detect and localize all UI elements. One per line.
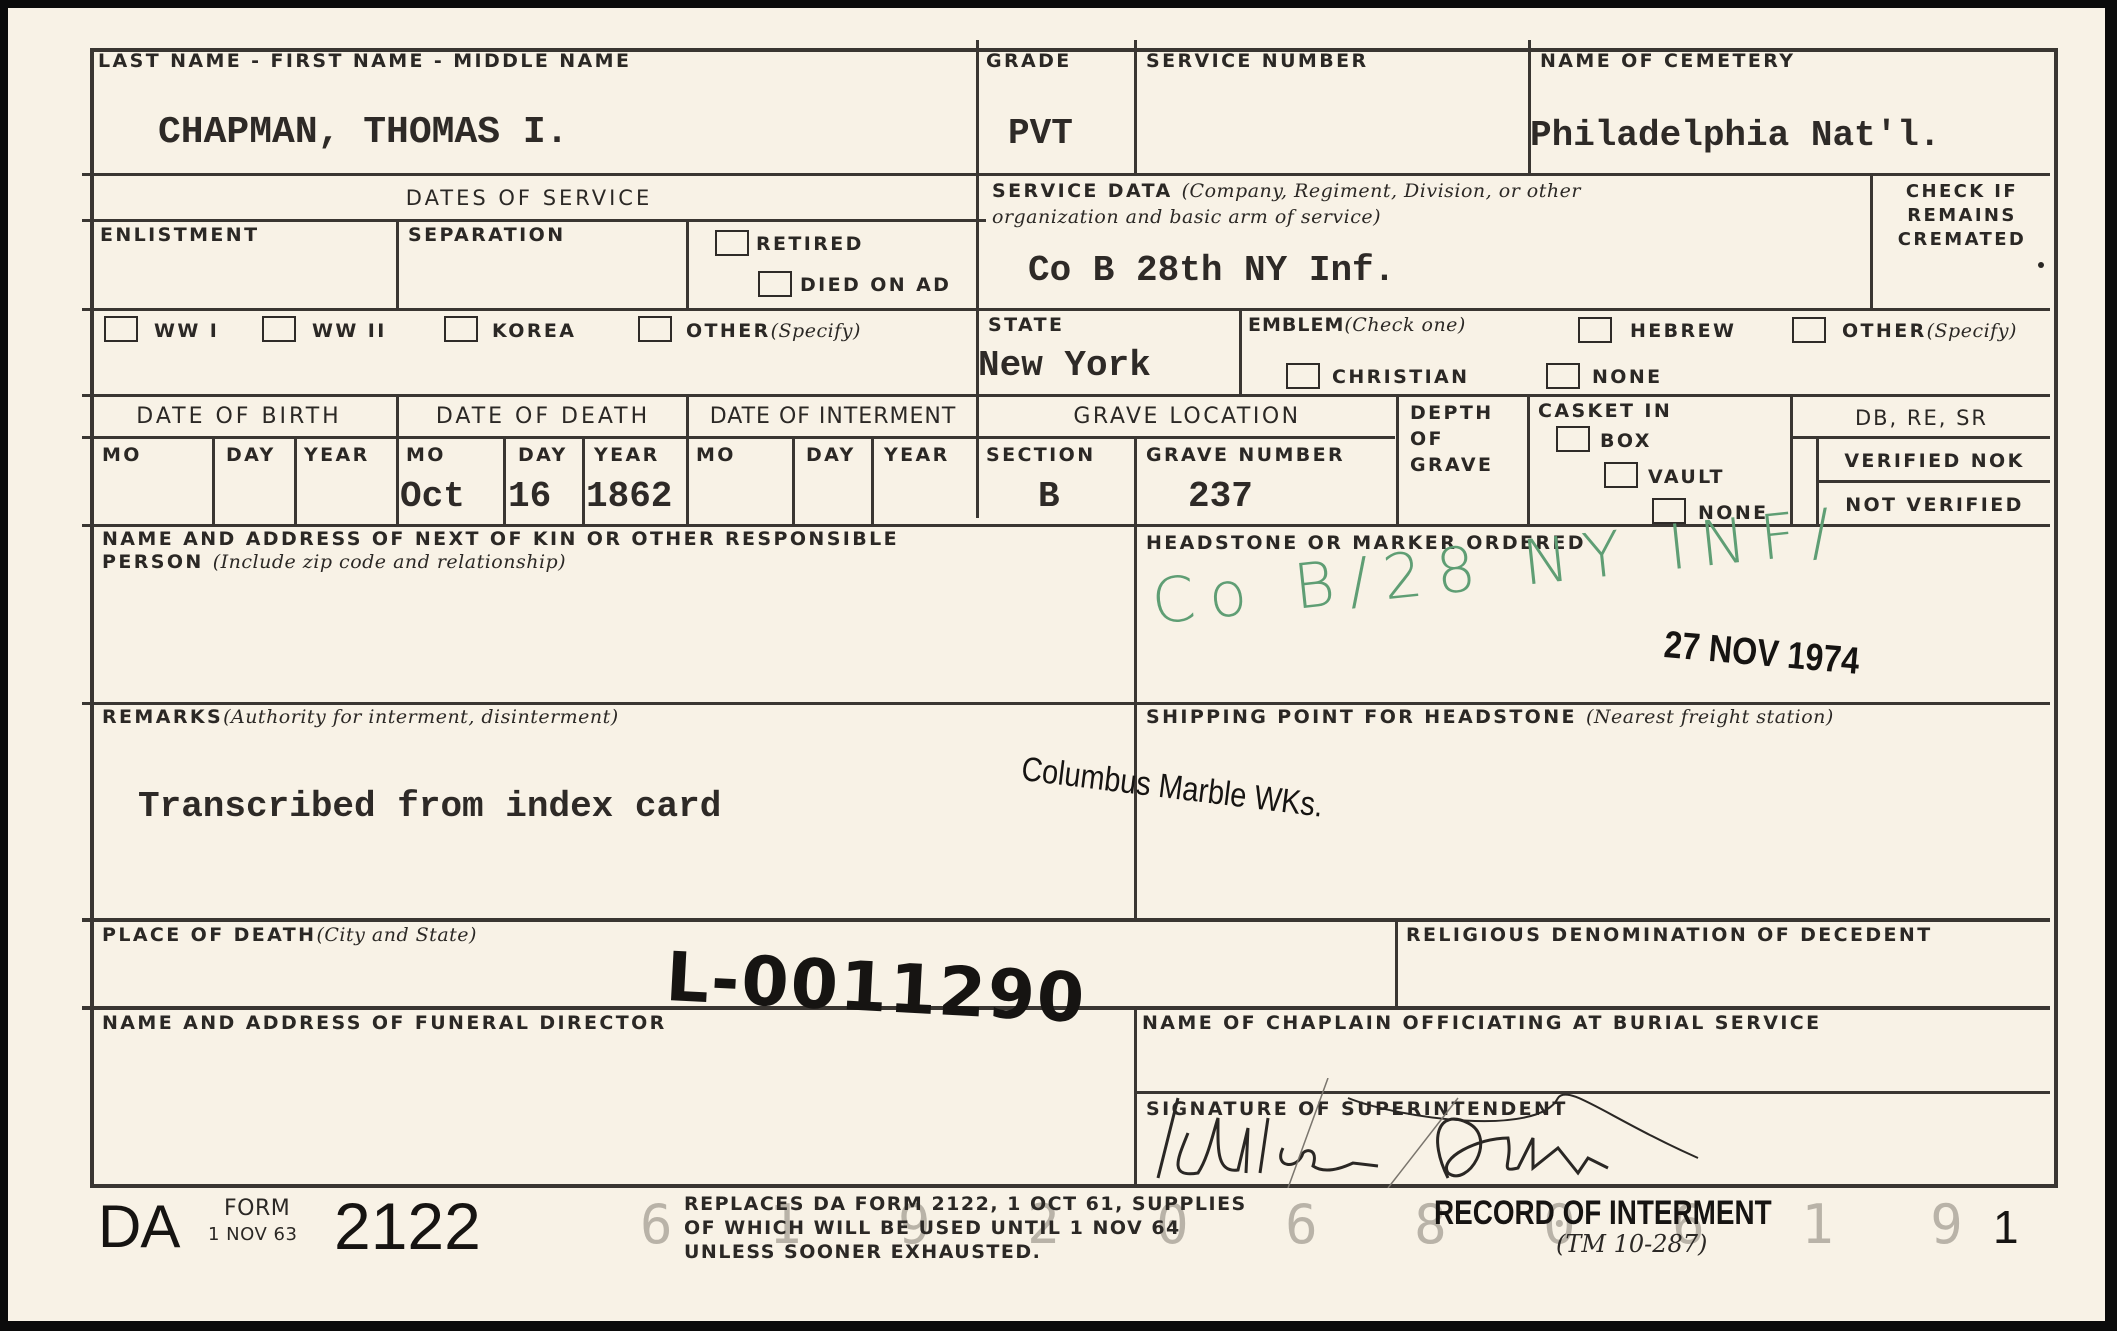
divider [1816, 480, 2050, 483]
db-re-sr-label: DB, RE, SR [1793, 406, 2050, 430]
korea-checkbox[interactable] [444, 316, 478, 342]
divider [82, 308, 2050, 311]
ww1-checkbox[interactable] [104, 316, 138, 342]
emblem-christian-label: CHRISTIAN [1332, 366, 1469, 388]
casket-vault-checkbox[interactable] [1604, 462, 1638, 488]
divider [294, 436, 297, 527]
service-number-label: SERVICE NUMBER [1146, 50, 1369, 72]
not-verified-label: NOT VERIFIED [1819, 494, 2050, 516]
verified-nok-label: VERIFIED NOK [1819, 450, 2050, 472]
divider [1790, 436, 2050, 439]
dates-of-service-label: DATES OF SERVICE [82, 186, 976, 210]
divider [792, 436, 795, 527]
divider [82, 436, 1395, 439]
interment-year-label: YEAR [884, 444, 950, 466]
remarks-label: REMARKS(Authority for interment, disinte… [102, 706, 619, 728]
form-number: 2122 [334, 1188, 481, 1264]
korea-label: KOREA [492, 320, 576, 342]
form-date: 1 NOV 63 [208, 1224, 297, 1245]
divider [82, 702, 2050, 705]
form-title: RECORD OF INTERMENT [1434, 1194, 1772, 1233]
divider [1527, 394, 1530, 527]
divider [1395, 918, 1398, 1008]
date-of-interment-label: DATE OF INTERMENT [688, 404, 978, 429]
other-war-label: OTHER(Specify) [686, 320, 861, 342]
other-war-checkbox[interactable] [638, 316, 672, 342]
emblem-none-label: NONE [1592, 366, 1663, 388]
cremated-checkbox[interactable] [2038, 262, 2044, 268]
section-field[interactable]: B [1038, 476, 1060, 517]
divider [582, 436, 585, 527]
death-year-label: YEAR [594, 444, 660, 466]
divider [396, 219, 399, 311]
place-of-death-label: PLACE OF DEATH(City and State) [102, 924, 477, 946]
remarks-field[interactable]: Transcribed from index card [138, 786, 721, 827]
casket-vault-label: VAULT [1648, 466, 1725, 488]
death-day-label: DAY [518, 444, 568, 466]
service-data-label: SERVICE DATA (Company, Regiment, Divisio… [992, 180, 1581, 202]
emblem-hebrew-checkbox[interactable] [1578, 317, 1612, 343]
divider [212, 436, 215, 527]
emblem-none-checkbox[interactable] [1546, 363, 1580, 389]
cemetery-field[interactable]: Philadelphia Nat'l. [1530, 115, 1940, 156]
interment-day-label: DAY [806, 444, 856, 466]
divider [1870, 173, 1873, 311]
divider [82, 173, 2050, 176]
divider [82, 219, 986, 222]
service-data-hint: organization and basic arm of service) [992, 206, 1381, 228]
date-of-death-label: DATE OF DEATH [398, 404, 688, 429]
casket-box-label: BOX [1600, 430, 1652, 452]
form-subtitle: (TM 10-287) [1556, 1230, 1707, 1258]
divider [503, 436, 506, 527]
divider [1396, 394, 1399, 527]
name-field[interactable]: CHAPMAN, THOMAS I. [158, 111, 568, 154]
religion-label: RELIGIOUS DENOMINATION OF DECEDENT [1406, 924, 1933, 946]
state-field[interactable]: New York [978, 345, 1151, 386]
death-mo-label: MO [406, 444, 446, 466]
enlistment-label: ENLISTMENT [100, 224, 259, 246]
interment-mo-label: MO [696, 444, 736, 466]
divider [1239, 308, 1242, 397]
page-number: 1 [1993, 1200, 2019, 1254]
grave-location-label: GRAVE LOCATION [978, 404, 1396, 429]
record-of-interment-card: 6 1 9 2 0 6 8 0 6 1 9 LAST NAME - FIRST … [8, 8, 2105, 1321]
depth-of-grave-label: DEPTHOFGRAVE [1410, 400, 1494, 478]
divider [686, 219, 689, 311]
divider [1134, 40, 1137, 176]
chaplain-label: NAME OF CHAPLAIN OFFICIATING AT BURIAL S… [1142, 1012, 1822, 1034]
form-label: FORM [224, 1196, 290, 1221]
divider [1134, 436, 1137, 527]
birth-mo-label: MO [102, 444, 142, 466]
next-of-kin-label: NAME AND ADDRESS OF NEXT OF KIN OR OTHER… [102, 528, 899, 550]
cremated-label: CHECK IFREMAINSCREMATED [1874, 180, 2050, 252]
ww2-checkbox[interactable] [262, 316, 296, 342]
grade-field[interactable]: PVT [1008, 113, 1073, 154]
emblem-label: EMBLEM(Check one) [1248, 314, 1466, 336]
birth-day-label: DAY [226, 444, 276, 466]
shipping-label: SHIPPING POINT FOR HEADSTONE (Nearest fr… [1146, 706, 1834, 728]
death-day-field[interactable]: 16 [508, 476, 551, 517]
death-mo-field[interactable]: Oct [400, 476, 465, 517]
separation-label: SEPARATION [408, 224, 566, 246]
died-on-ad-label: DIED ON AD [800, 274, 951, 296]
death-year-field[interactable]: 1862 [586, 476, 672, 517]
died-on-ad-checkbox[interactable] [758, 271, 792, 297]
grave-number-label: GRAVE NUMBER [1146, 444, 1345, 466]
emblem-other-checkbox[interactable] [1792, 317, 1826, 343]
emblem-other-label: OTHER(Specify) [1842, 320, 2017, 342]
section-label: SECTION [986, 444, 1096, 466]
ww2-label: WW II [312, 320, 387, 342]
divider [1134, 1006, 1137, 1186]
divider [82, 394, 2050, 397]
emblem-christian-checkbox[interactable] [1286, 363, 1320, 389]
birth-year-label: YEAR [304, 444, 370, 466]
grave-number-field[interactable]: 237 [1188, 476, 1253, 517]
replaces-note: REPLACES DA FORM 2122, 1 OCT 61, SUPPLIE… [684, 1192, 1247, 1264]
casket-box-checkbox[interactable] [1556, 426, 1590, 452]
state-label: STATE [988, 314, 1064, 336]
casket-in-label: CASKET IN [1538, 400, 1672, 422]
date-of-birth-label: DATE OF BIRTH [82, 404, 396, 429]
divider [82, 918, 2050, 922]
name-label: LAST NAME - FIRST NAME - MIDDLE NAME [98, 50, 631, 72]
retired-label: RETIRED [756, 233, 864, 255]
form-agency: DA [98, 1192, 179, 1261]
funeral-director-label: NAME AND ADDRESS OF FUNERAL DIRECTOR [102, 1012, 667, 1034]
emblem-hebrew-label: HEBREW [1630, 320, 1736, 342]
retired-checkbox[interactable] [715, 230, 749, 256]
grade-label: GRADE [986, 50, 1072, 72]
ww1-label: WW I [154, 320, 219, 342]
divider [871, 436, 874, 527]
service-data-field[interactable]: Co B 28th NY Inf. [1028, 250, 1395, 291]
next-of-kin-label-2: PERSON (Include zip code and relationshi… [102, 551, 566, 573]
divider [1134, 524, 1137, 920]
divider [976, 40, 979, 518]
cemetery-label: NAME OF CEMETERY [1540, 50, 1795, 72]
superintendent-signature [1138, 1078, 1918, 1188]
